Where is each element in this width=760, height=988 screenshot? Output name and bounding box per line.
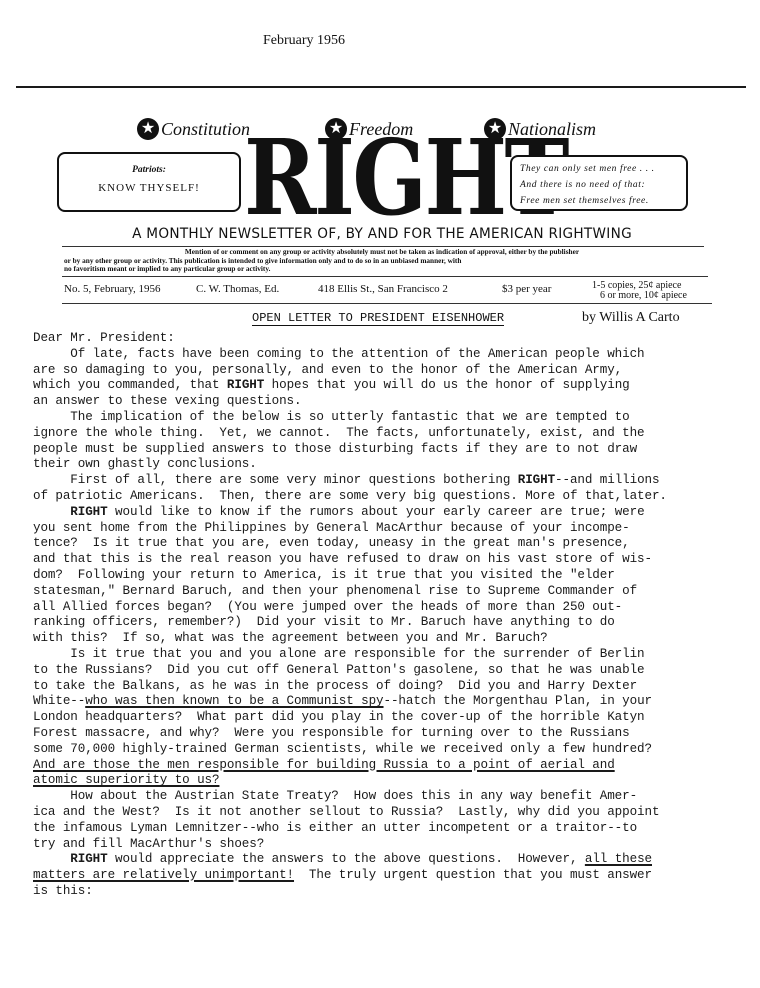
article-line: to take the Balkans, as he was in the pr…: [33, 679, 745, 695]
masthead-subtitle: A MONTHLY NEWSLETTER OF, BY AND FOR THE …: [72, 226, 692, 242]
article-line: to the Russians? Did you cut off General…: [33, 663, 745, 679]
article-title: OPEN LETTER TO PRESIDENT EISENHOWER: [252, 311, 504, 326]
text-run: --and millions: [555, 473, 659, 487]
masthead-title: RIGHT: [244, 124, 469, 232]
know-thyself-label: KNOW THYSELF!: [59, 182, 239, 194]
text-run: the infamous Lyman Lemnitzer--who is eit…: [33, 821, 637, 835]
text-run: [33, 505, 70, 519]
text-run: The implication of the below is so utter…: [33, 410, 630, 424]
star-in-circle-icon: ★: [137, 118, 159, 140]
text-run: First of all, there are some very minor …: [33, 473, 518, 487]
article-line: try and fill MacArthur's shoes?: [33, 837, 745, 853]
text-run: hopes that you will do us the honor of s…: [264, 378, 629, 392]
article-body: Dear Mr. President: Of late, facts have …: [33, 331, 745, 900]
subscription-price: $3 per year: [502, 283, 551, 295]
divider: [62, 276, 708, 277]
text-run: and that this is the real reason you hav…: [33, 552, 652, 566]
bold-text: RIGHT: [70, 852, 107, 866]
quote-line: They can only set men free . . .: [520, 161, 686, 177]
motto-constitution: ★ Constitution: [137, 118, 250, 140]
text-run: with this? If so, what was the agreement…: [33, 631, 548, 645]
article-line: tence? Is it true that you are, even tod…: [33, 536, 745, 552]
article-line: is this:: [33, 884, 745, 900]
article-line: The implication of the below is so utter…: [33, 410, 745, 426]
underlined-text: who was then known to be a Communist spy: [85, 694, 383, 708]
article-line: How about the Austrian State Treaty? How…: [33, 789, 745, 805]
text-run: would like to know if the rumors about y…: [108, 505, 645, 519]
article-line: which you commanded, that RIGHT hopes th…: [33, 378, 745, 394]
underlined-text: matters are relatively unimportant!: [33, 868, 294, 882]
article-line: of patriotic Americans. Then, there are …: [33, 489, 745, 505]
quote-box: They can only set men free . . . And the…: [510, 155, 688, 211]
article-line: an answer to these vexing questions.: [33, 394, 745, 410]
article-line: you sent home from the Philippines by Ge…: [33, 521, 745, 537]
address: 418 Ellis St., San Francisco 2: [318, 283, 448, 295]
article-byline: by Willis A Carto: [582, 310, 680, 326]
article-line: RIGHT would like to know if the rumors a…: [33, 505, 745, 521]
top-divider: [16, 86, 746, 88]
editor: C. W. Thomas, Ed.: [196, 283, 279, 295]
text-run: ranking officers, remember?) Did your vi…: [33, 615, 615, 629]
text-run: try and fill MacArthur's shoes?: [33, 837, 264, 851]
article-line: Forest massacre, and why? Were you respo…: [33, 726, 745, 742]
article-line: Of late, facts have been coming to the a…: [33, 347, 745, 363]
underlined-text: And are those the men responsible for bu…: [33, 758, 615, 772]
text-run: to take the Balkans, as he was in the pr…: [33, 679, 637, 693]
underlined-text: all these: [585, 852, 652, 866]
text-run: people must be supplied answers to those…: [33, 442, 637, 456]
article-line: RIGHT would appreciate the answers to th…: [33, 852, 745, 868]
text-run: Dear Mr. President:: [33, 331, 175, 345]
issue-number: No. 5, February, 1956: [64, 283, 160, 295]
bold-text: RIGHT: [227, 378, 264, 392]
bold-text: RIGHT: [70, 505, 107, 519]
motto-label: Constitution: [161, 119, 250, 140]
quote-line: And there is no need of that:: [520, 177, 686, 193]
text-run: Of late, facts have been coming to the a…: [33, 347, 645, 361]
text-run: Forest massacre, and why? Were you respo…: [33, 726, 630, 740]
article-line: are so damaging to you, personally, and …: [33, 363, 745, 379]
text-run: you sent home from the Philippines by Ge…: [33, 521, 630, 535]
article-line: White--who was then known to be a Commun…: [33, 694, 745, 710]
quote-line: Free men set themselves free.: [520, 193, 686, 209]
text-run: [33, 852, 70, 866]
article-line: Is it true that you and you alone are re…: [33, 647, 745, 663]
underlined-text: atomic superiority to us?: [33, 773, 219, 787]
bold-text: RIGHT: [518, 473, 555, 487]
article-line: And are those the men responsible for bu…: [33, 758, 745, 774]
text-run: their own ghastly conclusions.: [33, 457, 257, 471]
article-line: matters are relatively unimportant! The …: [33, 868, 745, 884]
text-run: White--: [33, 694, 85, 708]
article-line: and that this is the real reason you hav…: [33, 552, 745, 568]
text-run: would appreciate the answers to the abov…: [108, 852, 585, 866]
disclaimer: Mention of or comment on any group or ac…: [64, 248, 700, 274]
text-run: all Allied forces began? (You were jumpe…: [33, 600, 622, 614]
text-run: some 70,000 highly-trained German scient…: [33, 742, 652, 756]
text-run: an answer to these vexing questions.: [33, 394, 301, 408]
copy-price-line: 6 or more, 10¢ apiece: [592, 291, 687, 301]
text-run: dom? Following your return to America, i…: [33, 568, 615, 582]
article-line: with this? If so, what was the agreement…: [33, 631, 745, 647]
article-line: ica and the West? Is it not another sell…: [33, 805, 745, 821]
text-run: statesman," Bernard Baruch, and then you…: [33, 584, 637, 598]
article-line: ignore the whole thing. Yet, we cannot. …: [33, 426, 745, 442]
text-run: ignore the whole thing. Yet, we cannot. …: [33, 426, 645, 440]
article-line: ranking officers, remember?) Did your vi…: [33, 615, 745, 631]
text-run: How about the Austrian State Treaty? How…: [33, 789, 637, 803]
patriots-box: Patriots: KNOW THYSELF!: [57, 152, 241, 212]
text-run: --hatch the Morgenthau Plan, in your: [384, 694, 652, 708]
publication-info: No. 5, February, 1956 C. W. Thomas, Ed. …: [0, 281, 760, 305]
text-run: Is it true that you and you alone are re…: [33, 647, 645, 661]
article-line: atomic superiority to us?: [33, 773, 745, 789]
article-line: First of all, there are some very minor …: [33, 473, 745, 489]
article-line: statesman," Bernard Baruch, and then you…: [33, 584, 745, 600]
article-line: some 70,000 highly-trained German scient…: [33, 742, 745, 758]
text-run: is this:: [33, 884, 93, 898]
text-run: which you commanded, that: [33, 378, 227, 392]
divider: [62, 303, 712, 304]
text-run: London headquarters? What part did you p…: [33, 710, 645, 724]
article-line: people must be supplied answers to those…: [33, 442, 745, 458]
text-run: tence? Is it true that you are, even tod…: [33, 536, 630, 550]
article-line: all Allied forces began? (You were jumpe…: [33, 600, 745, 616]
article-line: their own ghastly conclusions.: [33, 457, 745, 473]
text-run: ica and the West? Is it not another sell…: [33, 805, 659, 819]
article-line: Dear Mr. President:: [33, 331, 745, 347]
patriots-label: Patriots:: [59, 165, 239, 175]
text-run: to the Russians? Did you cut off General…: [33, 663, 645, 677]
text-run: The truly urgent question that you must …: [294, 868, 652, 882]
article-line: the infamous Lyman Lemnitzer--who is eit…: [33, 821, 745, 837]
disclaimer-line: no favoritism meant or implied to any pa…: [64, 265, 700, 274]
copy-price: 1-5 copies, 25¢ apiece 6 or more, 10¢ ap…: [592, 281, 687, 301]
article-line: London headquarters? What part did you p…: [33, 710, 745, 726]
text-run: of patriotic Americans. Then, there are …: [33, 489, 667, 503]
article-line: dom? Following your return to America, i…: [33, 568, 745, 584]
date-header: February 1956: [263, 33, 345, 49]
text-run: are so damaging to you, personally, and …: [33, 363, 622, 377]
